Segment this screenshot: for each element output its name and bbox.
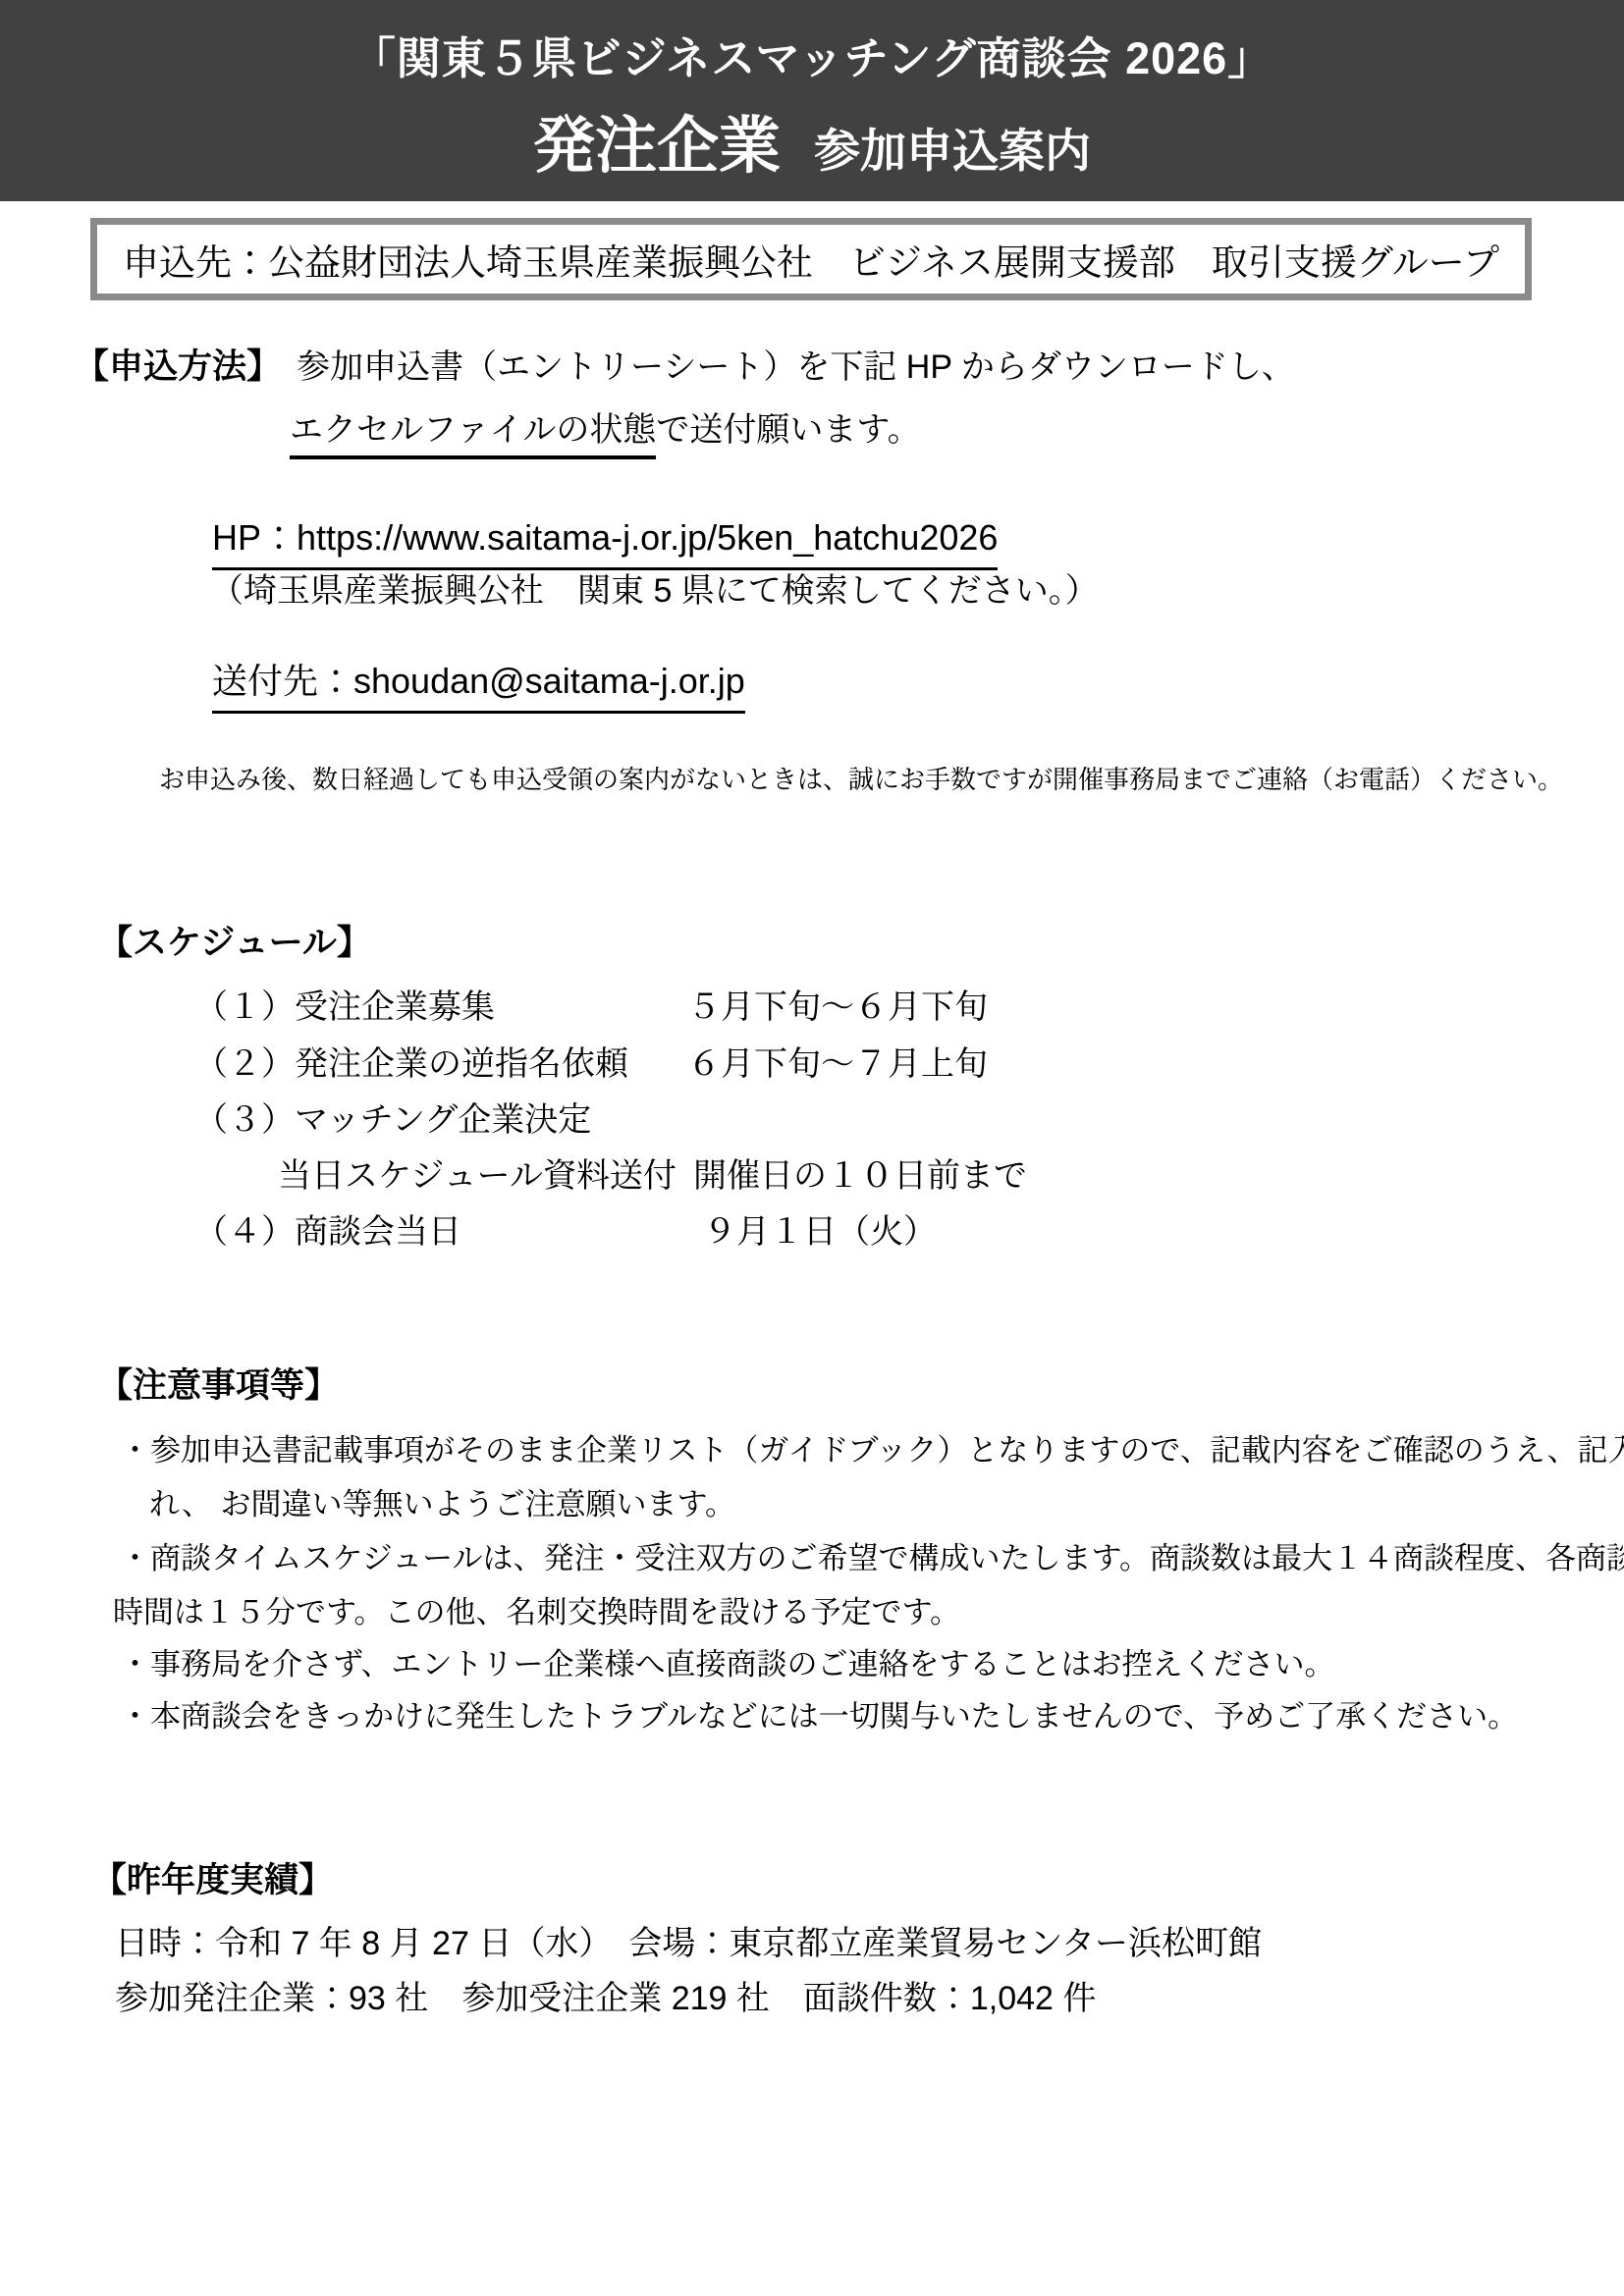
method-instruction: 参加申込書（エントリーシート）を下記 HP からダウンロードし、 bbox=[297, 348, 1295, 386]
notices-heading: 【注意事項等】 bbox=[98, 1359, 339, 1408]
excel-format-rest: で送付願います。 bbox=[656, 411, 920, 449]
results-heading: 【昨年度実績】 bbox=[92, 1853, 333, 1902]
notice-line: ・参加申込書記載事項がそのまま企業リスト（ガイドブック）となりますので、記載内容… bbox=[120, 1425, 1624, 1469]
schedule-row-1: （１）受注企業募集 ５月下旬～６月下旬 bbox=[0, 980, 1624, 1019]
results-participation-counts: 参加発注企業：93 社 参加受注企業 219 社 面談件数：1,042 件 bbox=[115, 1971, 1096, 2019]
schedule-item-label: （２）発注企業の逆指名依頼 bbox=[194, 1037, 628, 1085]
schedule-item-value: ９月１日（火） bbox=[703, 1204, 937, 1253]
title-banner: 「関東５県ビジネスマッチング商談会 2026」 発注企業 参加申込案内 bbox=[0, 0, 1624, 201]
schedule-row-3: （３）マッチング企業決定 bbox=[0, 1093, 1624, 1132]
results-date-venue: 日時：令和 7 年 8 月 27 日（水） 会場：東京都立産業貿易センター浜松町… bbox=[115, 1916, 1262, 1964]
excel-instruction-line: エクセルファイルの状態で送付願います。 bbox=[290, 402, 921, 459]
event-title: 「関東５県ビジネスマッチング商談会 2026」 bbox=[352, 23, 1272, 86]
application-guide-label: 参加申込案内 bbox=[814, 115, 1091, 181]
method-heading: 【申込方法】 bbox=[75, 347, 281, 386]
schedule-row-2: （２）発注企業の逆指名依頼 ６月下旬～７月上旬 bbox=[0, 1037, 1624, 1076]
notice-line: れ、 お間違い等無いようご注意願います。 bbox=[149, 1479, 735, 1523]
schedule-item-label: 当日スケジュール資料送付 bbox=[278, 1148, 677, 1197]
send-to-email-link[interactable]: 送付先：shoudan@saitama-j.or.jp bbox=[212, 654, 745, 714]
send-to-line: 送付先：shoudan@saitama-j.or.jp bbox=[212, 654, 745, 714]
schedule-item-value: ５月下旬～６月下旬 bbox=[687, 980, 988, 1028]
apply-followup-note: お申込み後、数日経過しても申込受領の案内がないときは、誠にお手数ですが開催事務局… bbox=[159, 760, 1563, 796]
hp-label: HP： bbox=[212, 517, 297, 558]
hp-line: HP：https://www.saitama-j.or.jp/5ken_hatc… bbox=[212, 510, 998, 570]
schedule-item-label: （４）商談会当日 bbox=[194, 1204, 461, 1253]
document-page: 「関東５県ビジネスマッチング商談会 2026」 発注企業 参加申込案内 申込先：… bbox=[0, 0, 1624, 2296]
hp-url-link[interactable]: https://www.saitama-j.or.jp/5ken_hatchu2… bbox=[297, 517, 998, 558]
schedule-item-value: ６月下旬～７月上旬 bbox=[687, 1037, 988, 1085]
schedule-row-4: （４）商談会当日 ９月１日（火） bbox=[0, 1204, 1624, 1244]
schedule-item-value: 開催日の１０日前まで bbox=[693, 1148, 1027, 1197]
hp-search-note: （埼玉県産業振興公社 関東 5 県にて検索してください。） bbox=[210, 563, 1099, 612]
notice-line: ・本商談会をきっかけに発生したトラブルなどには一切関与いたしませんので、予めご了… bbox=[120, 1691, 1518, 1735]
applicant-box-text: 申込先：公益財団法人埼玉県産業振興公社 ビジネス展開支援部 取引支援グループ bbox=[123, 233, 1499, 286]
notice-line: 時間は１５分です。この他、名刺交換時間を設ける予定です。 bbox=[113, 1587, 960, 1631]
notice-line: ・事務局を介さず、エントリー企業様へ直接商談のご連絡をすることはお控えください。 bbox=[120, 1639, 1335, 1683]
subtitle-row: 発注企業 参加申込案内 bbox=[533, 96, 1091, 186]
schedule-row-3-sub: 当日スケジュール資料送付 開催日の１０日前まで bbox=[0, 1148, 1624, 1188]
applicant-box: 申込先：公益財団法人埼玉県産業振興公社 ビジネス展開支援部 取引支援グループ bbox=[90, 218, 1532, 300]
method-line: 【申込方法】参加申込書（エントリーシート）を下記 HP からダウンロードし、 bbox=[75, 340, 1295, 389]
schedule-item-label: （３）マッチング企業決定 bbox=[194, 1093, 591, 1141]
hp-underline: HP：https://www.saitama-j.or.jp/5ken_hatc… bbox=[212, 510, 998, 570]
orderer-company-label: 発注企業 bbox=[533, 96, 781, 186]
notice-line: ・商談タイムスケジュールは、発注・受注双方のご希望で構成いたします。商談数は最大… bbox=[120, 1533, 1624, 1577]
excel-format-underlined: エクセルファイルの状態 bbox=[290, 402, 656, 459]
schedule-item-label: （１）受注企業募集 bbox=[194, 980, 495, 1028]
schedule-heading: 【スケジュール】 bbox=[98, 916, 371, 965]
